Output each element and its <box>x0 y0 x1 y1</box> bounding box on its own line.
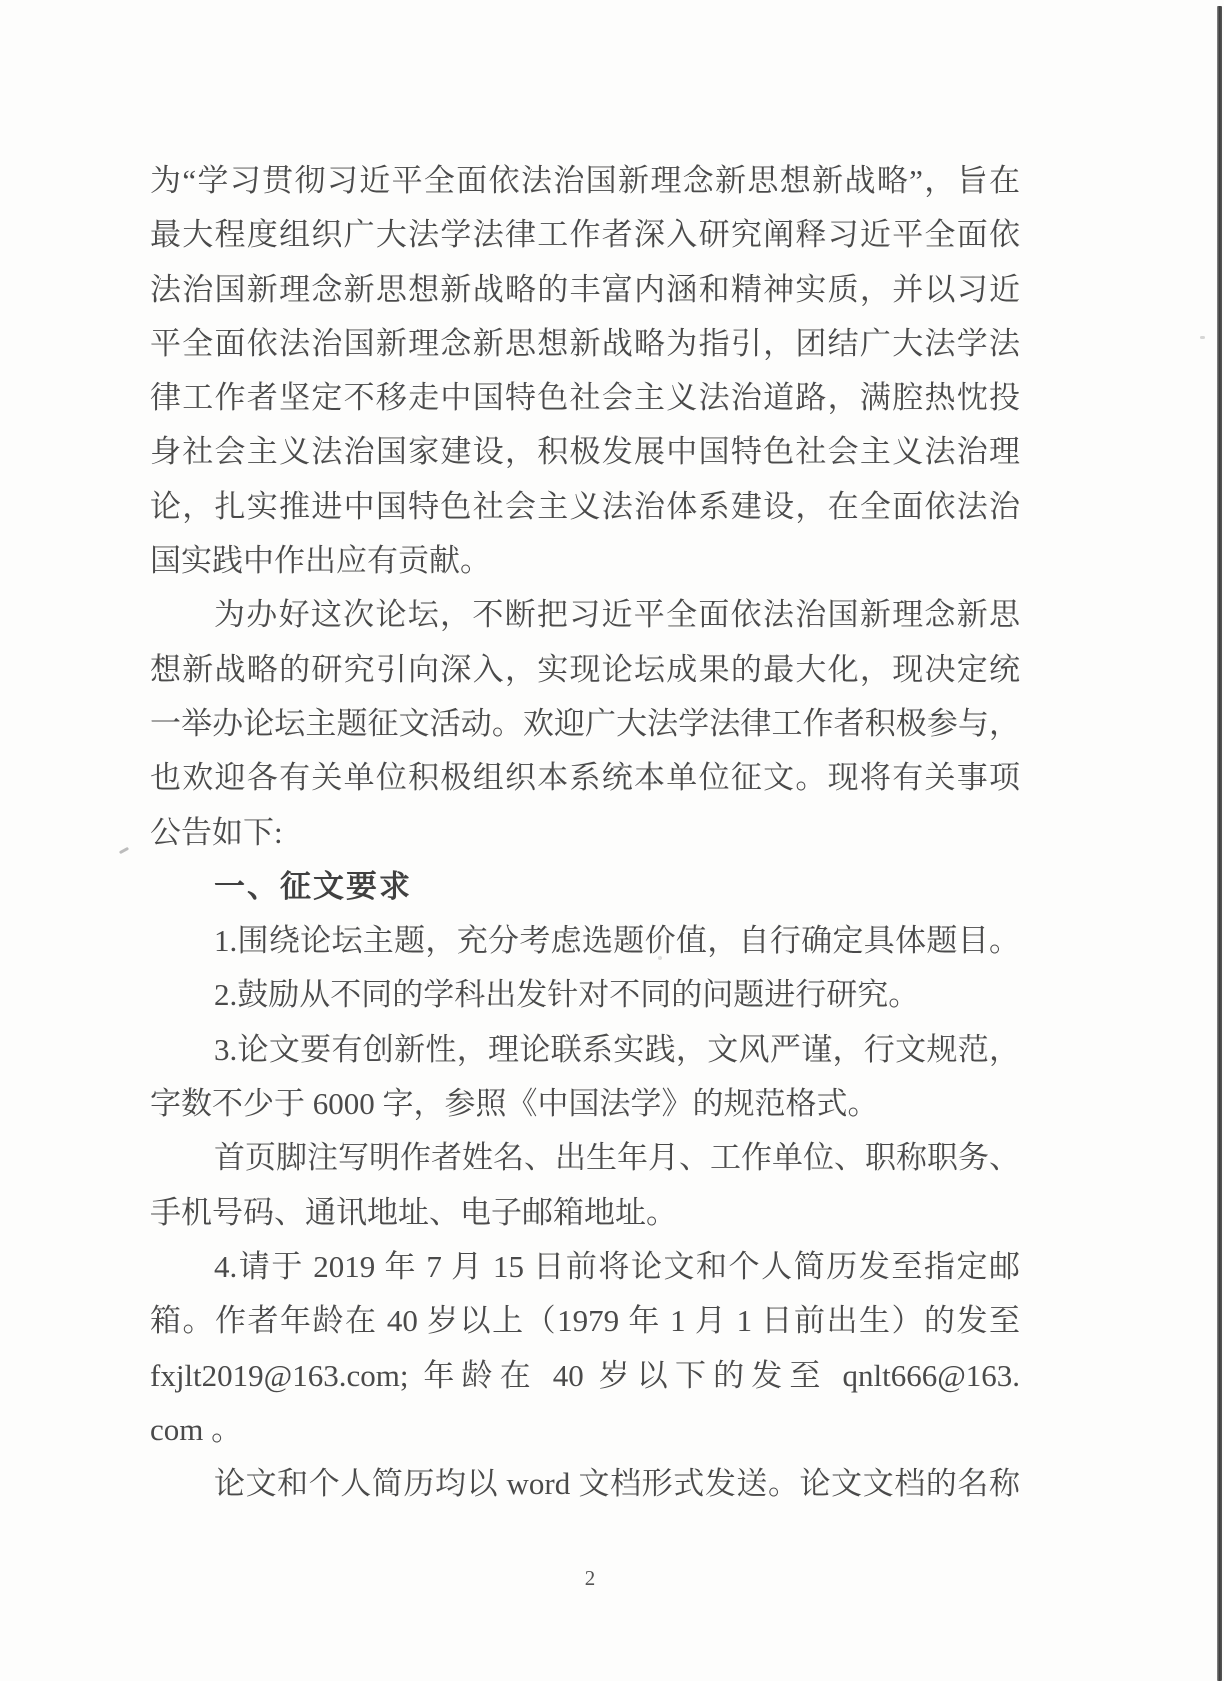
text-line: 也欢迎各有关单位积极组织本系统本单位征文。现将有关事项 <box>150 751 1020 805</box>
text-line: 为办好这次论坛，不断把习近平全面依法治国新理念新思 <box>150 588 1020 642</box>
text-line: 论，扎实推进中国特色社会主义法治体系建设，在全面依法治 <box>150 480 1020 534</box>
text-line: 身社会主义法治国家建设，积极发展中国特色社会主义法治理 <box>150 425 1020 479</box>
page-number: 2 <box>578 1566 602 1591</box>
document-body: 为“学习贯彻习近平全面依法治国新理念新思想新战略”，旨在最大程度组织广大法学法律… <box>150 154 1020 1511</box>
text-line: 手机号码、通讯地址、电子邮箱地址。 <box>150 1186 1020 1240</box>
text-line: 3.论文要有创新性，理论联系实践，文风严谨，行文规范， <box>150 1023 1020 1077</box>
scan-speck <box>658 956 662 960</box>
text-line: 法治国新理念新思想新战略的丰富内涵和精神实质，并以习近 <box>150 263 1020 317</box>
text-line: 最大程度组织广大法学法律工作者深入研究阐释习近平全面依 <box>150 208 1020 262</box>
text-line: 公告如下: <box>150 806 1020 860</box>
text-line: 箱。作者年龄在 40 岁以上（1979 年 1 月 1 日前出生）的发至 <box>150 1294 1020 1348</box>
text-line: 想新战略的研究引向深入，实现论坛成果的最大化，现决定统 <box>150 643 1020 697</box>
scan-speck <box>1200 336 1205 339</box>
text-line: 律工作者坚定不移走中国特色社会主义法治道路，满腔热忱投 <box>150 371 1020 425</box>
text-line: 一举办论坛主题征文活动。欢迎广大法学法律工作者积极参与， <box>150 697 1020 751</box>
text-line: 4.请于 2019 年 7 月 15 日前将论文和个人简历发至指定邮 <box>150 1240 1020 1294</box>
scan-speck <box>119 847 129 854</box>
text-line: 字数不少于 6000 字，参照《中国法学》的规范格式。 <box>150 1077 1020 1131</box>
section-heading: 一、征文要求 <box>150 860 1020 914</box>
text-line: 平全面依法治国新理念新思想新战略为指引，团结广大法学法 <box>150 317 1020 371</box>
text-line: 2.鼓励从不同的学科出发针对不同的问题进行研究。 <box>150 968 1020 1022</box>
scan-edge-line <box>1217 6 1222 1681</box>
text-line: 为“学习贯彻习近平全面依法治国新理念新思想新战略”，旨在 <box>150 154 1020 208</box>
text-line: com 。 <box>150 1403 1020 1457</box>
text-line: 国实践中作出应有贡献。 <box>150 534 1020 588</box>
text-line: 1.围绕论坛主题，充分考虑选题价值，自行确定具体题目。 <box>150 914 1020 968</box>
text-line: fxjlt2019@163.com; 年龄在 40 岁以下的发至 qnlt666… <box>150 1349 1020 1403</box>
text-line: 首页脚注写明作者姓名、出生年月、工作单位、职称职务、 <box>150 1131 1020 1185</box>
document-page: 为“学习贯彻习近平全面依法治国新理念新思想新战略”，旨在最大程度组织广大法学法律… <box>0 0 1224 1681</box>
text-line: 论文和个人简历均以 word 文档形式发送。论文文档的名称 <box>150 1457 1020 1511</box>
